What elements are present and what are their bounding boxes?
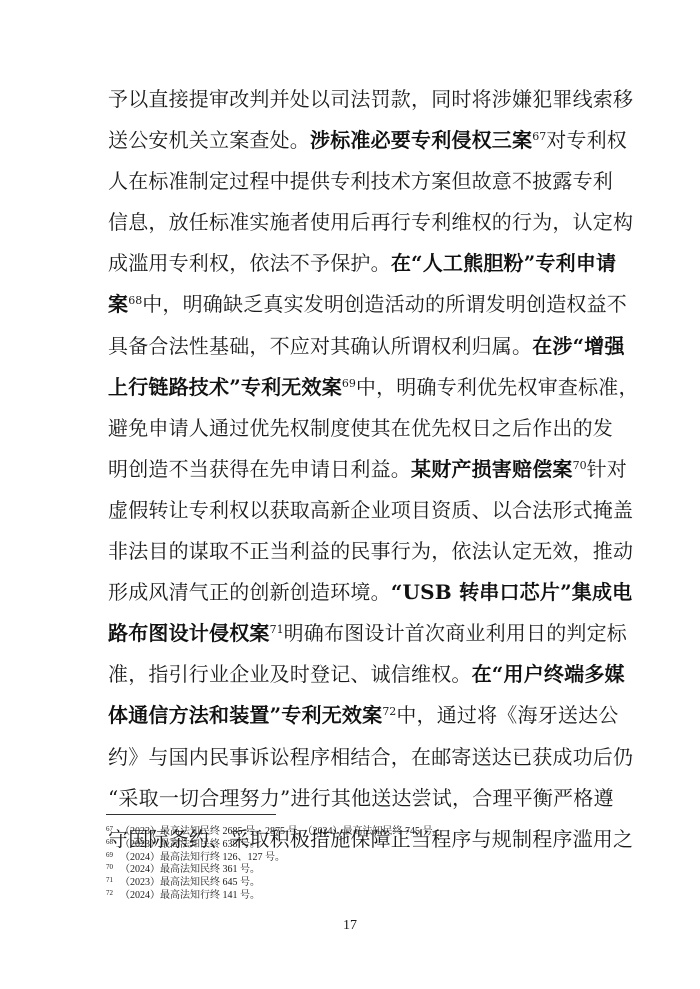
text-line: 体通信方法和装置”专利无效案72中，通过将《海牙送达公 [108,695,594,736]
text-line: 非法目的谋取不正当利益的民事行为，依法认定无效，推动 [108,531,594,572]
footnote-text: （2024）最高法知行终 141 号。 [120,890,260,901]
text-segment: 予以直接提审改判并处以司法罚款，同时将涉嫌犯罪线索移 [108,87,633,111]
case-title-emphasis: 某财产损害赔偿案 [411,457,573,481]
footnote-reference[interactable]: 69 [342,377,356,390]
text-line: 予以直接提审改判并处以司法罚款，同时将涉嫌犯罪线索移 [108,79,594,120]
text-segment: 准，指引行业企业及时登记、诚信维权。 [108,662,472,686]
footnote-separator [106,814,276,815]
footnote-reference[interactable]: 71 [270,623,284,636]
text-segment: 中，明确缺乏真实发明创造活动的所谓发明创造权益不 [142,292,627,316]
text-line: 送公安机关立案查处。涉标准必要专利侵权三案67对专利权 [108,120,594,161]
footnote-number: 70 [106,861,120,874]
footnote-item: 67（2023）最高法知民终 2685 号、2875 号，（2024）最高法知民… [106,823,606,836]
text-segment: “采取一切合理努力”进行其他送达尝试，合理平衡严格遵 [108,786,614,810]
text-line: 路布图设计侵权案71明确布图设计首次商业利用日的判定标 [108,613,594,654]
text-segment: 中，明确专利优先权审查标准， [356,375,639,399]
text-line: 具备合法性基础，不应对其确认所谓权利归属。在涉“增强 [108,326,594,367]
document-page: 予以直接提审改判并处以司法罚款，同时将涉嫌犯罪线索移送公安机关立案查处。涉标准必… [0,0,700,989]
text-line: 人在标准制定过程中提供专利技术方案但故意不披露专利 [108,161,594,202]
footnote-item: 72（2024）最高法知行终 141 号。 [106,887,606,900]
text-line: 成滥用专利权，依法不予保护。在“人工熊胆粉”专利申请 [108,243,594,284]
footnote-number: 68 [106,836,120,849]
text-segment: 中，通过将《海牙送达公 [396,703,618,727]
case-title-emphasis: “USB 转串口芯片”集成电 [391,580,633,604]
case-title-emphasis: 上行链路技术”专利无效案 [108,375,342,399]
case-title-emphasis: 在“人工熊胆粉”专利申请 [391,251,616,275]
text-segment: 约》与国内民事诉讼程序相结合，在邮寄送达已获成功后仍 [108,745,633,769]
footnotes: 67（2023）最高法知民终 2685 号、2875 号，（2024）最高法知民… [106,823,606,900]
case-title-emphasis: 涉标准必要专利侵权三案 [310,128,532,152]
footnote-item: 70（2024）最高法知民终 361 号。 [106,861,606,874]
footnote-number: 67 [106,823,120,836]
footnote-reference[interactable]: 70 [573,459,587,472]
case-title-emphasis: 案 [108,292,128,316]
body-paragraph: 予以直接提审改判并处以司法罚款，同时将涉嫌犯罪线索移送公安机关立案查处。涉标准必… [108,79,594,860]
text-segment: 人在标准制定过程中提供专利技术方案但故意不披露专利 [108,169,613,193]
text-segment: 具备合法性基础，不应对其确认所谓权利归属。 [108,334,532,358]
text-segment: 明确布图设计首次商业利用日的判定标 [284,621,627,645]
footnote-number: 72 [106,887,120,900]
text-line: 信息，放任标准实施者使用后再行专利维权的行为，认定构 [108,202,594,243]
case-title-emphasis: 体通信方法和装置”专利无效案 [108,703,382,727]
case-title-emphasis: 在涉“增强 [532,334,625,358]
text-line: 虚假转让专利权以获取高新企业项目资质、以合法形式掩盖 [108,490,594,531]
text-line: 准，指引行业企业及时登记、诚信维权。在“用户终端多媒 [108,654,594,695]
text-segment: 避免申请人通过优先权制度使其在优先权日之后作出的发 [108,416,613,440]
footnote-number: 71 [106,874,120,887]
page-number: 17 [0,918,700,934]
text-segment: 送公安机关立案查处。 [108,128,310,152]
text-line: 上行链路技术”专利无效案69中，明确专利优先权审查标准， [108,367,594,408]
text-line: 案68中，明确缺乏真实发明创造活动的所谓发明创造权益不 [108,284,594,325]
footnote-reference[interactable]: 67 [532,130,546,143]
text-segment: 成滥用专利权，依法不予保护。 [108,251,391,275]
text-line: 形成风清气正的创新创造环境。“USB 转串口芯片”集成电 [108,572,594,613]
text-segment: 虚假转让专利权以获取高新企业项目资质、以合法形式掩盖 [108,498,633,522]
case-title-emphasis: 路布图设计侵权案 [108,621,270,645]
text-segment: 非法目的谋取不正当利益的民事行为，依法认定无效，推动 [108,539,633,563]
text-segment: 明创造不当获得在先申请日利益。 [108,457,411,481]
case-title-emphasis: 在“用户终端多媒 [472,662,625,686]
footnote-reference[interactable]: 68 [128,294,142,307]
text-line: “采取一切合理努力”进行其他送达尝试，合理平衡严格遵 [108,778,594,819]
text-line: 避免申请人通过优先权制度使其在优先权日之后作出的发 [108,408,594,449]
footnote-item: 69（2024）最高法知行终 126、127 号。 [106,849,606,862]
text-segment: 针对 [587,457,627,481]
text-line: 明创造不当获得在先申请日利益。某财产损害赔偿案70针对 [108,449,594,490]
footnote-number: 69 [106,849,120,862]
text-segment: 信息，放任标准实施者使用后再行专利维权的行为，认定构 [108,210,633,234]
footnote-item: 71（2023）最高法知民终 645 号。 [106,874,606,887]
text-segment: 对专利权 [546,128,627,152]
text-line: 约》与国内民事诉讼程序相结合，在邮寄送达已获成功后仍 [108,737,594,778]
footnote-item: 68（2023）最高法知民终 638 号。 [106,836,606,849]
footnote-reference[interactable]: 72 [382,705,396,718]
text-segment: 形成风清气正的创新创造环境。 [108,580,391,604]
